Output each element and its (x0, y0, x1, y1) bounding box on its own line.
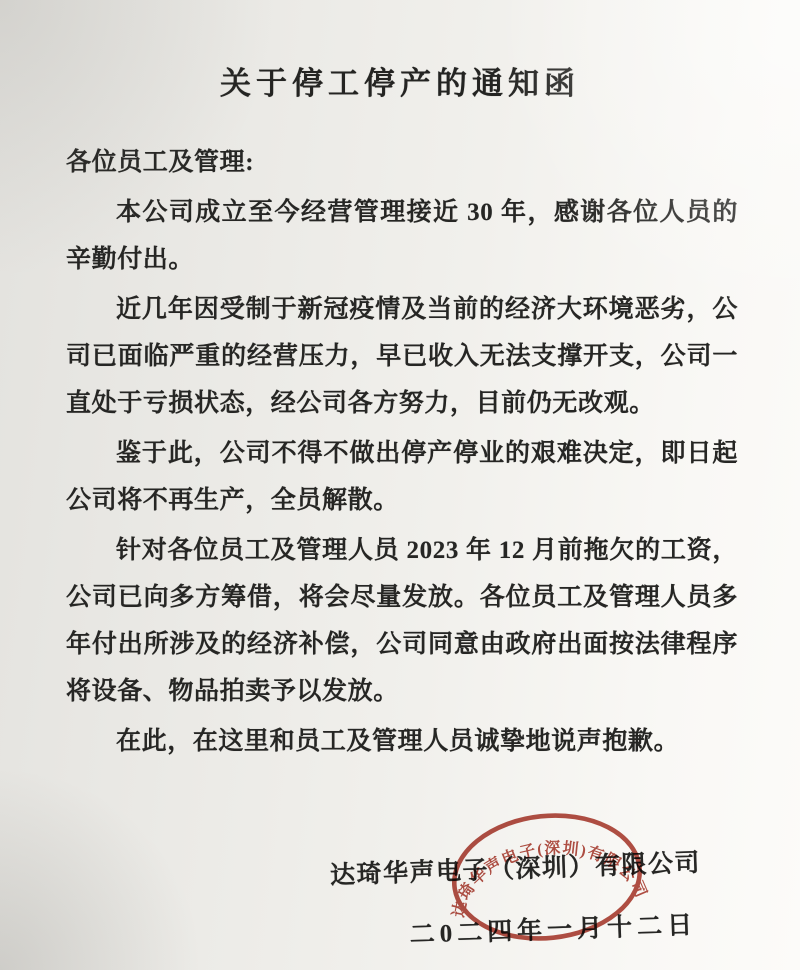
paragraph: 近几年因受制于新冠疫情及当前的经济大环境恶劣，公司已面临严重的经营压力，早已收入… (66, 286, 738, 427)
salutation: 各位员工及管理: (66, 139, 738, 186)
document-body: 各位员工及管理: 本公司成立至今经营管理接近 30 年，感谢各位人员的辛勤付出。… (0, 139, 800, 765)
signature-block: 达琦华声电子（深圳）有限公司 二0二四年一月十二日 (0, 840, 800, 970)
paragraph: 针对各位员工及管理人员 2023 年 12 月前拖欠的工资，公司已向多方筹借，将… (66, 527, 738, 715)
document-title: 关于停工停产的通知函 (0, 58, 800, 103)
document-page: 关于停工停产的通知函 各位员工及管理: 本公司成立至今经营管理接近 30 年，感… (0, 0, 800, 970)
signature-company: 达琦华声电子（深圳）有限公司 (0, 844, 702, 908)
paragraph: 本公司成立至今经营管理接近 30 年，感谢各位人员的辛勤付出。 (66, 189, 738, 283)
paragraph: 在此，在这里和员工及管理人员诚挚地说声抱歉。 (66, 718, 738, 765)
paragraph: 鉴于此，公司不得不做出停产停业的艰难决定，即日起公司将不再生产，全员解散。 (66, 430, 738, 524)
signature-date: 二0二四年一月十二日 (1, 906, 698, 970)
